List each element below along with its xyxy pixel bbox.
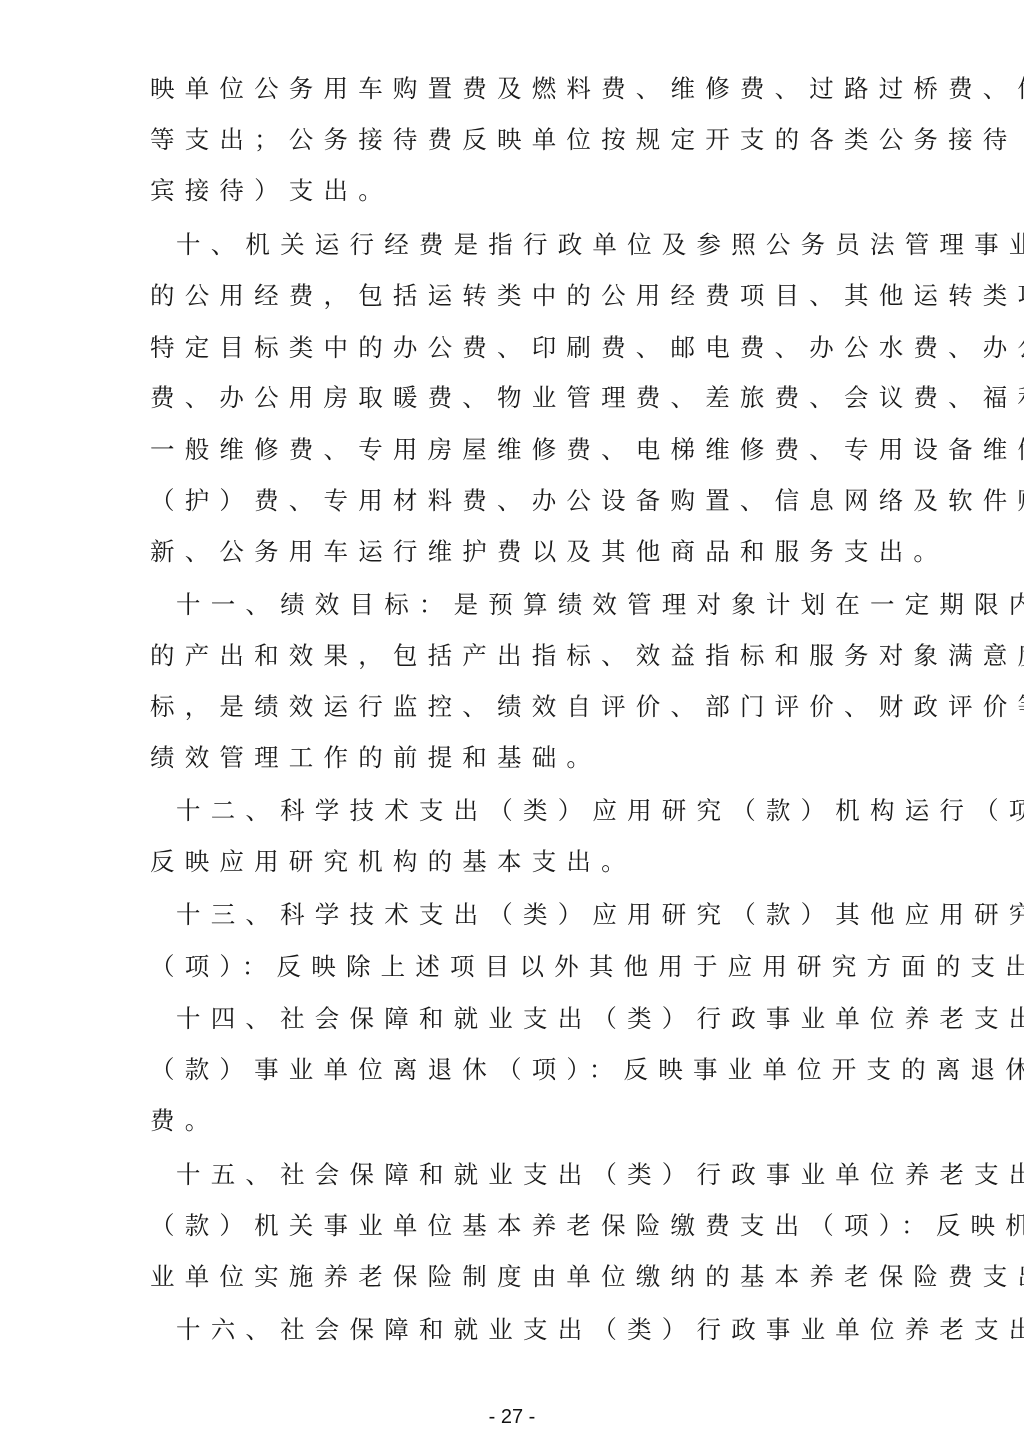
page-number: - 27 - bbox=[0, 1406, 1024, 1429]
paragraph-line: 绩效管理工作的前提和基础。 bbox=[150, 741, 601, 775]
paragraph-line: 宾接待）支出。 bbox=[150, 174, 393, 208]
paragraph-line: 特定目标类中的办公费、印刷费、邮电费、办公水费、办公电 bbox=[150, 331, 1024, 365]
paragraph-line: （项）：反映除上述项目以外其他用于应用研究方面的支出。 bbox=[150, 950, 1024, 984]
paragraph-line: 新、公务用车运行维护费以及其他商品和服务支出。 bbox=[150, 535, 948, 569]
paragraph-first-line: 十二、科学技术支出（类）应用研究（款）机构运行（项）： bbox=[176, 794, 1024, 828]
paragraph-line: 一般维修费、专用房屋维修费、电梯维修费、专用设备维修 bbox=[150, 433, 1024, 467]
paragraph-first-line: 十四、社会保障和就业支出（类）行政事业单位养老支出 bbox=[176, 1002, 1024, 1036]
paragraph-line: 费。 bbox=[150, 1104, 219, 1138]
paragraph-line: （护）费、专用材料费、办公设备购置、信息网络及软件购置更 bbox=[150, 484, 1024, 518]
paragraph-line: 等支出；公务接待费反映单位按规定开支的各类公务接待（含外 bbox=[150, 123, 1024, 157]
paragraph-line: 反映应用研究机构的基本支出。 bbox=[150, 845, 636, 879]
paragraph-line: 标，是绩效运行监控、绩效自评价、部门评价、财政评价等预算 bbox=[150, 690, 1024, 724]
paragraph-first-line: 十五、社会保障和就业支出（类）行政事业单位养老支出 bbox=[176, 1158, 1024, 1192]
paragraph-first-line: 十三、科学技术支出（类）应用研究（款）其他应用研究支出 bbox=[176, 898, 1024, 932]
paragraph-line: 业单位实施养老保险制度由单位缴纳的基本养老保险费支出。 bbox=[150, 1260, 1024, 1294]
document-page: 映单位公务用车购置费及燃料费、维修费、过路过桥费、保险费等支出；公务接待费反映单… bbox=[0, 0, 1024, 1448]
paragraph-line: 的公用经费，包括运转类中的公用经费项目、其他运转类项目和 bbox=[150, 279, 1024, 313]
paragraph-line: 映单位公务用车购置费及燃料费、维修费、过路过桥费、保险费 bbox=[150, 72, 1024, 106]
paragraph-first-line: 十六、社会保障和就业支出（类）行政事业单位养老支出 bbox=[176, 1313, 1024, 1347]
paragraph-line: （款）机关事业单位基本养老保险缴费支出（项）：反映机关事 bbox=[150, 1209, 1024, 1243]
paragraph-first-line: 十一、绩效目标：是预算绩效管理对象计划在一定期限内达到 bbox=[176, 588, 1024, 622]
paragraph-line: 的产出和效果，包括产出指标、效益指标和服务对象满意度指 bbox=[150, 639, 1024, 673]
paragraph-line: （款）事业单位离退休（项）：反映事业单位开支的离退休经 bbox=[150, 1053, 1024, 1087]
paragraph-first-line: 十、机关运行经费是指行政单位及参照公务员法管理事业单位 bbox=[176, 228, 1024, 262]
paragraph-line: 费、办公用房取暖费、物业管理费、差旅费、会议费、福利费、 bbox=[150, 381, 1024, 415]
